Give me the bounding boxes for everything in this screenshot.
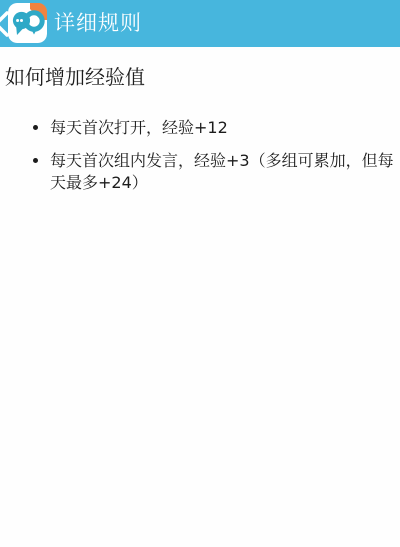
rule-item: 每天首次打开，经验+12 <box>50 117 395 139</box>
page-title: 详细规则 <box>54 0 142 47</box>
app-logo-icon[interactable] <box>8 3 47 43</box>
section-heading: 如何增加经验值 <box>5 66 400 88</box>
app-screen: 详细规则 如何增加经验值 每天首次打开，经验+12 每天首次组内发言，经验+3（… <box>0 0 400 547</box>
header-bar: 详细规则 <box>0 0 400 47</box>
rule-item: 每天首次组内发言，经验+3（多组可累加，但每天最多+24） <box>50 150 395 194</box>
rules-content: 如何增加经验值 每天首次打开，经验+12 每天首次组内发言，经验+3（多组可累加… <box>0 47 400 205</box>
rules-list: 每天首次打开，经验+12 每天首次组内发言，经验+3（多组可累加，但每天最多+2… <box>0 117 400 194</box>
